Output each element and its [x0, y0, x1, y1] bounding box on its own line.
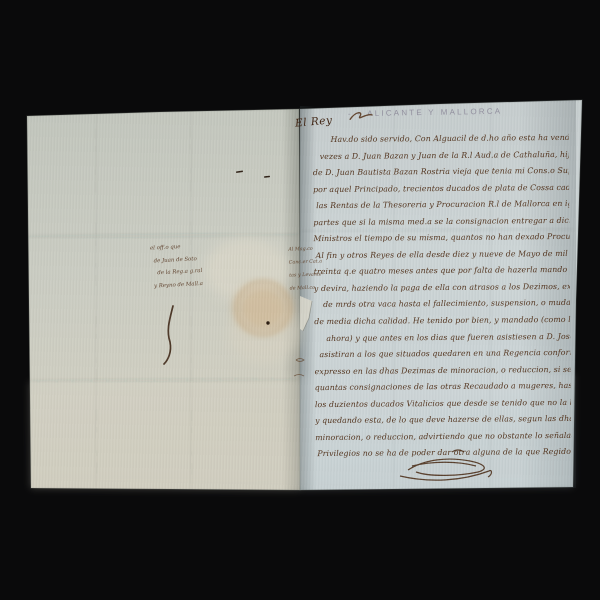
body-line: Hav.do sido servido, Con Alguacil de d.h… — [331, 130, 569, 149]
pencil-annotation-right: MALLORCA — [441, 107, 503, 117]
margin-note: Al Mag.coCanc.er Cat.atas y Levantede Ma… — [288, 242, 324, 295]
body-line: Privilegios no se ha de poder dar otra a… — [317, 444, 571, 463]
left-lower-fold-band — [30, 378, 300, 490]
margin-note-line: de Mall.ca — [289, 281, 323, 295]
margin-note-line: Al Mag.co — [288, 242, 322, 256]
ink-flourish-icon — [348, 109, 374, 123]
margin-note-line: tas y Levante — [289, 268, 323, 282]
pencil-annotation-left: ALICANTE Y — [367, 108, 436, 118]
letter-body: Hav.do sido servido, Con Alguacil de d.h… — [313, 130, 572, 466]
margin-note-line: Canc.er Cat.a — [289, 255, 323, 269]
photo-stage: - - ALICANTE Y MALLORCA El Rey Hav.do si… — [0, 0, 600, 600]
docket-note: el off.o quede Juan de Sotode la Reg.a g… — [150, 239, 215, 292]
